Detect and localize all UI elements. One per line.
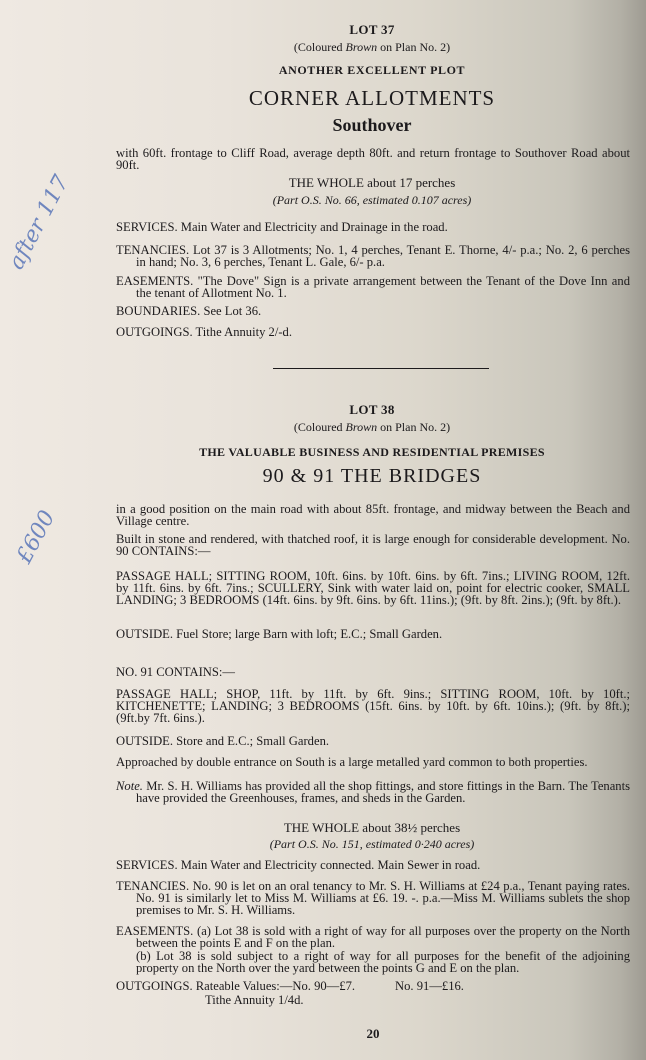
lot38-easements-b: (b) Lot 38 is sold subject to a right of… <box>116 950 630 974</box>
lot38-no91-outside: OUTSIDE. Store and E.C.; Small Garden. <box>116 735 630 747</box>
lot37-whole: THE WHOLE about 17 perches <box>116 175 628 191</box>
lot38-outgoings-tithe: Tithe Annuity 1/4d. <box>205 994 505 1006</box>
page-number: 20 <box>300 1026 446 1042</box>
plan-note-prefix: (Coloured <box>294 40 346 54</box>
lot38-description: in a good position on the main road with… <box>116 503 630 527</box>
plan-note-suffix: on Plan No. 2) <box>377 40 450 54</box>
margin-note-lot38: £600 <box>12 507 60 568</box>
lot38-no90-outside: OUTSIDE. Fuel Store; large Barn with lof… <box>116 628 630 640</box>
lot38-note: Note. Mr. S. H. Williams has provided al… <box>116 780 630 804</box>
lot38-no91-rooms: PASSAGE HALL; SHOP, 11ft. by 11ft. by 6f… <box>116 688 630 724</box>
margin-note-lot37: after 117 <box>4 171 74 273</box>
note-text: Mr. S. H. Williams has provided all the … <box>136 779 630 805</box>
lot38-label: LOT 38 <box>116 402 628 418</box>
lot38-title: 90 & 91 THE BRIDGES <box>116 465 628 488</box>
lot37-tenancies: TENANCIES. Lot 37 is 3 Allotments; No. 1… <box>116 244 630 268</box>
lot37-plan-note: (Coloured Brown on Plan No. 2) <box>116 40 628 55</box>
lot38-outgoings: OUTGOINGS. Rateable Values:—No. 90—£7.No… <box>116 980 630 992</box>
lot38-no90-rooms: PASSAGE HALL; SITTING ROOM, 10ft. 6ins. … <box>116 570 630 606</box>
outgoings-rv-90: Rateable Values:—No. 90—£7. <box>193 979 355 993</box>
lot38-easements-a: EASEMENTS. (a) Lot 38 is sold with a rig… <box>116 925 630 949</box>
lot38-approach: Approached by double entrance on South i… <box>116 756 630 768</box>
lot37-easements: EASEMENTS. "The Dove" Sign is a private … <box>116 275 630 299</box>
lot37-outgoings: OUTGOINGS. Tithe Annuity 2/-d. <box>116 326 630 338</box>
lot37-place: Southover <box>116 115 628 136</box>
section-divider <box>273 368 489 369</box>
outgoings-label: OUTGOINGS. <box>116 979 193 993</box>
lot38-no91-heading: NO. 91 CONTAINS:— <box>116 666 630 678</box>
lot37-tagline: ANOTHER EXCELLENT PLOT <box>116 63 628 78</box>
catalogue-page: after 117 £600 LOT 37 (Coloured Brown on… <box>0 0 646 1060</box>
lot37-os-ref: (Part O.S. No. 66, estimated 0.107 acres… <box>116 193 628 208</box>
lot38-os-ref: (Part O.S. No. 151, estimated 0·240 acre… <box>116 837 628 852</box>
plan-note-colour: Brown <box>346 420 378 434</box>
lot38-tenancies: TENANCIES. No. 90 is let on an oral tena… <box>116 880 630 916</box>
plan-note-colour: Brown <box>346 40 378 54</box>
lot38-tagline: THE VALUABLE BUSINESS AND RESIDENTIAL PR… <box>112 445 632 460</box>
lot38-plan-note: (Coloured Brown on Plan No. 2) <box>116 420 628 435</box>
lot37-label: LOT 37 <box>116 22 628 38</box>
lot37-description: with 60ft. frontage to Cliff Road, avera… <box>116 147 630 171</box>
lot37-title: CORNER ALLOTMENTS <box>116 86 628 111</box>
lot38-whole: THE WHOLE about 38½ perches <box>116 820 628 836</box>
lot38-services: SERVICES. Main Water and Electricity con… <box>116 859 630 871</box>
plan-note-prefix: (Coloured <box>294 420 346 434</box>
lot38-built: Built in stone and rendered, with thatch… <box>116 533 630 557</box>
lot37-services: SERVICES. Main Water and Electricity and… <box>116 221 630 233</box>
outgoings-rv-91: No. 91—£16. <box>395 979 464 993</box>
lot37-boundaries: BOUNDARIES. See Lot 36. <box>116 305 630 317</box>
plan-note-suffix: on Plan No. 2) <box>377 420 450 434</box>
